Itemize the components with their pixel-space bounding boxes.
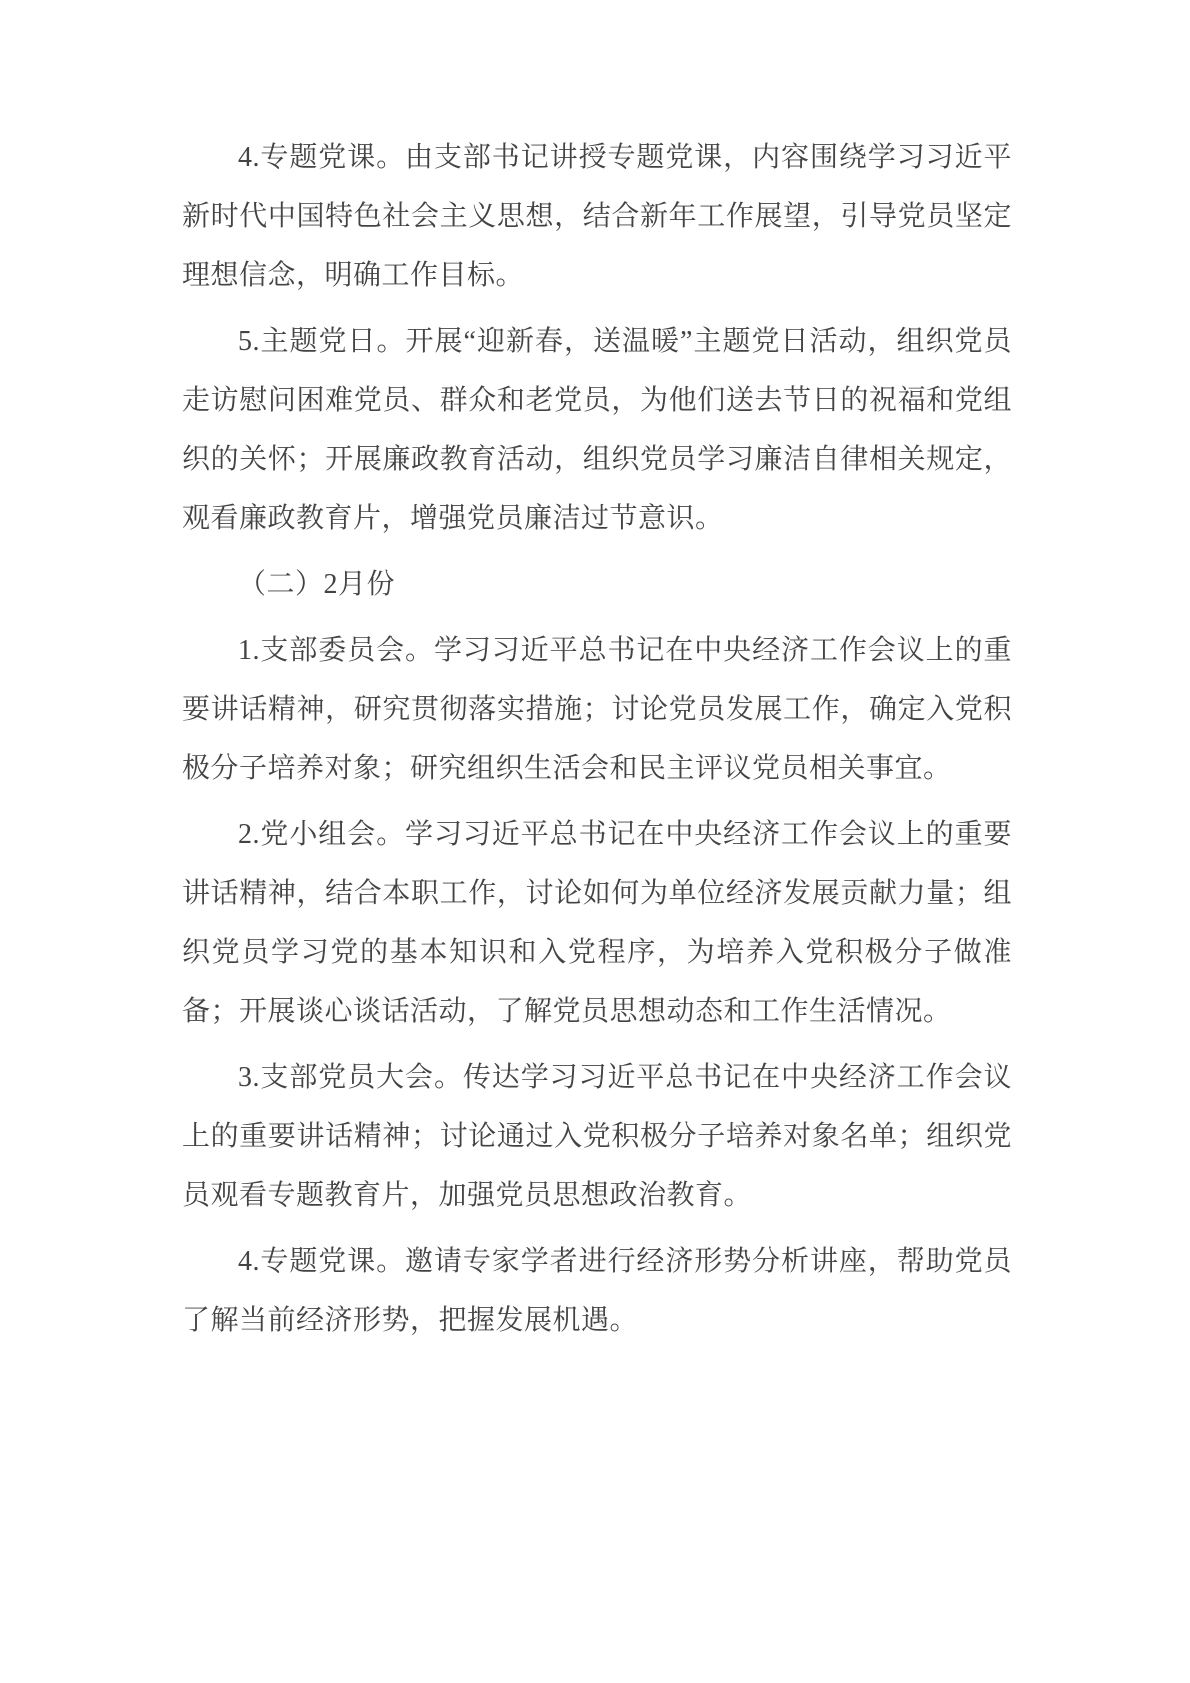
paragraph: 4.专题党课。邀请专家学者进行经济形势分析讲座，帮助党员了解当前经济形势，把握发… <box>182 1232 1012 1350</box>
paragraph: 4.专题党课。由支部书记讲授专题党课，内容围绕学习习近平新时代中国特色社会主义思… <box>182 128 1012 305</box>
document-page: 4.专题党课。由支部书记讲授专题党课，内容围绕学习习近平新时代中国特色社会主义思… <box>0 0 1190 1683</box>
document-body: 4.专题党课。由支部书记讲授专题党课，内容围绕学习习近平新时代中国特色社会主义思… <box>182 128 1012 1357</box>
paragraph: 1.支部委员会。学习习近平总书记在中央经济工作会议上的重要讲话精神，研究贯彻落实… <box>182 621 1012 798</box>
paragraph: 5.主题党日。开展“迎新春，送温暖”主题党日活动，组织党员走访慰问困难党员、群众… <box>182 312 1012 548</box>
paragraph: 3.支部党员大会。传达学习习近平总书记在中央经济工作会议上的重要讲话精神；讨论通… <box>182 1048 1012 1225</box>
section-heading: （二）2月份 <box>182 555 1012 614</box>
paragraph: 2.党小组会。学习习近平总书记在中央经济工作会议上的重要讲话精神，结合本职工作，… <box>182 805 1012 1041</box>
